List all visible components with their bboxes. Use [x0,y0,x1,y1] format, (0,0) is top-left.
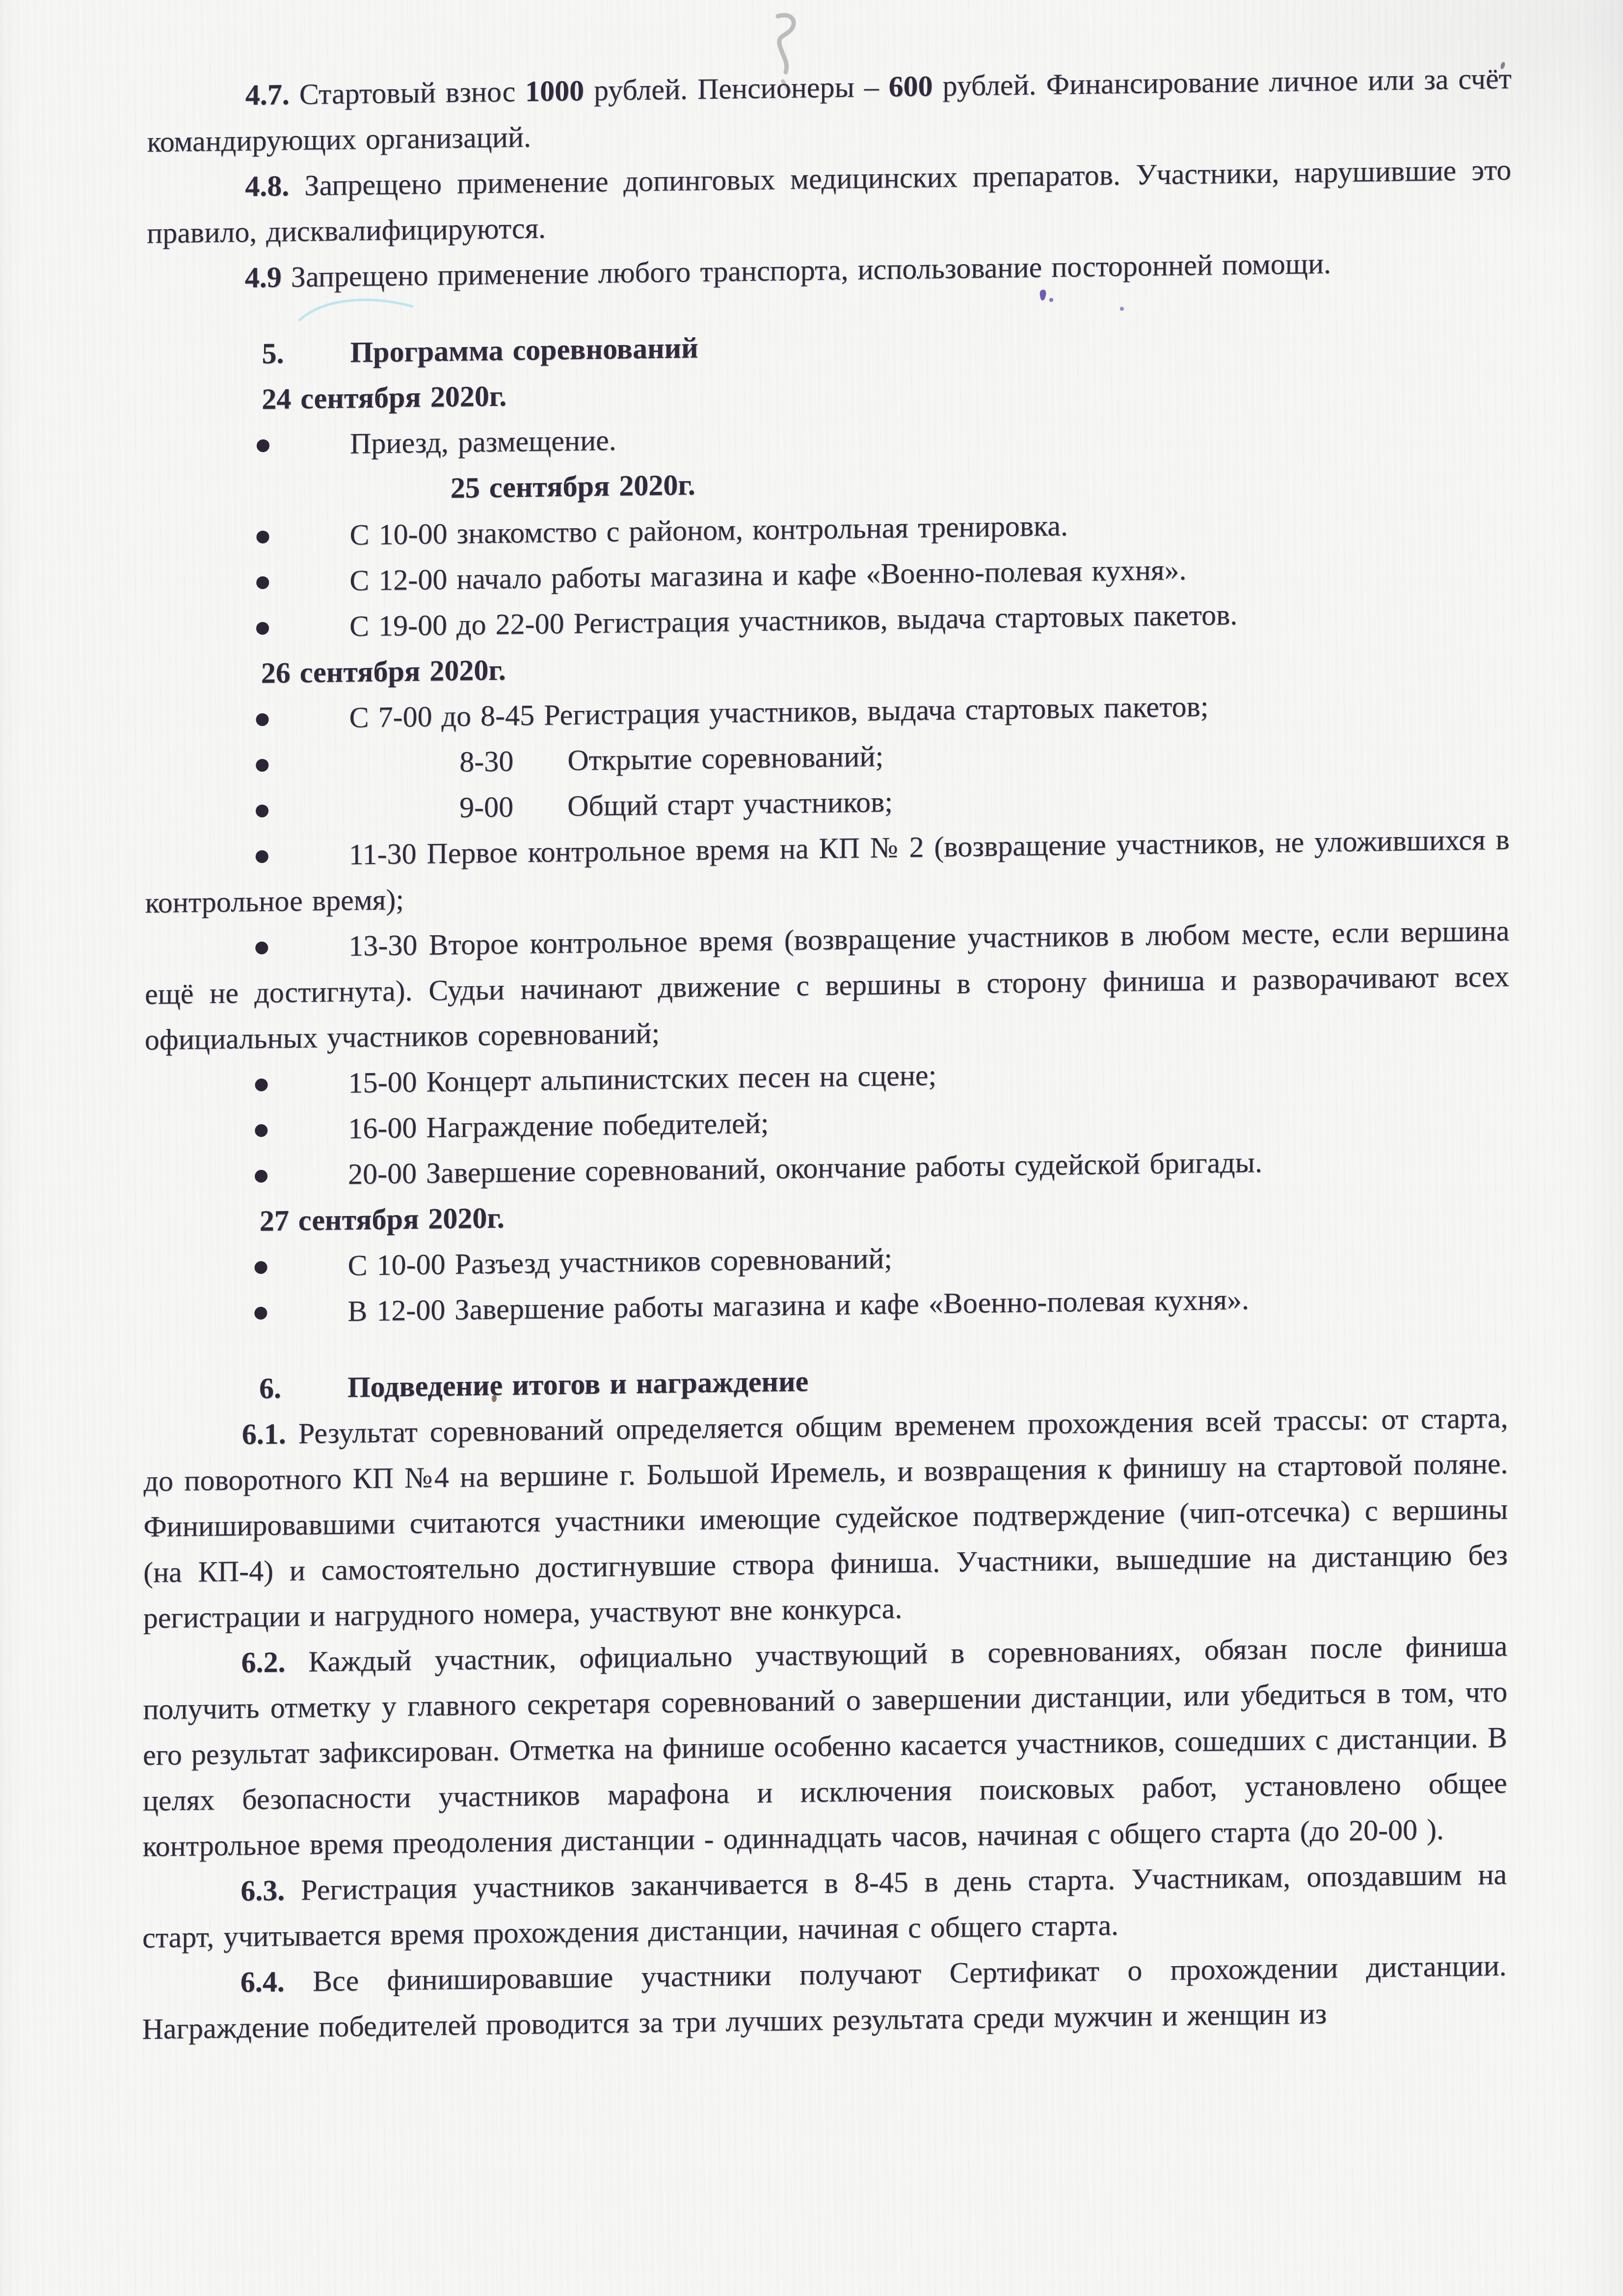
paragraph-6-1: 6.1. Результат соревнований определяется… [143,1395,1508,1641]
section-number: 6. [259,1365,347,1411]
clause-text: Регистрация участников заканчивается в 8… [142,1858,1507,1954]
clause-number: 4.9 [245,261,282,294]
list-item-text: С 10-00 Разъезд участников соревнований; [348,1242,893,1282]
list-item-text: С 7-00 до 8-45 Регистрация участников, в… [349,690,1208,734]
section-title: Подведение итогов и награждение [347,1365,808,1403]
fee-amount-pensioners: 600 [889,70,933,103]
list-item-control-time-2: 13-30 Второе контрольное время (возвраще… [145,908,1510,1063]
section-number: 5. [262,330,350,377]
clause-text: Каждый участник, официально участвующий … [142,1630,1507,1863]
list-item-text: 20-00 Завершение соревнований, окончание… [348,1146,1262,1190]
bullet-icon [255,1261,267,1274]
list-item-text: 13-30 Второе контрольное время (возвраще… [145,915,1510,1056]
schedule-label: Открытие соревнований; [567,740,883,776]
paragraph-6-2: 6.2. Каждый участник, официально участву… [142,1623,1507,1869]
bullet-icon [256,531,269,543]
document-body: 4.7. Стартовый взнос 1000 рублей. Пенсио… [142,56,1512,2053]
clause-text: Результат соревнований определяется общи… [143,1402,1508,1634]
clause-number: 6.4. [240,1965,285,1998]
paragraph-6-3: 6.3. Регистрация участников заканчиваетс… [142,1852,1507,1961]
list-item-text: С 10-00 знакомство с районом, контрольна… [349,509,1068,551]
clause-text: Запрещено применение допинговых медицинс… [147,154,1511,249]
bullet-icon [255,1124,267,1137]
clause-text: Все финишировавшие участники получают Се… [142,1949,1506,2045]
paragraph-4-7: 4.7. Стартовый взнос 1000 рублей. Пенсио… [147,56,1512,165]
schedule-time: 8-30 [349,738,567,786]
section-title: Программа соревнований [350,331,698,368]
list-item-text: 15-00 Концерт альпинистских песен на сце… [348,1059,937,1099]
list-item-text: Приезд, размещение. [350,424,616,459]
list-item-text: С 12-00 начало работы магазина и кафе «В… [349,553,1186,596]
list-item-text: 16-00 Награждение победителей; [348,1107,769,1144]
schedule-time: 9-00 [349,783,567,832]
clause-number: 6.2. [241,1646,285,1678]
clause-text: рублей. Пенсионеры – [584,70,889,107]
bullet-icon [256,805,268,817]
list-item-text: 11-30 Первое контрольное время на КП № 2… [145,823,1509,919]
paragraph-6-4: 6.4. Все финишировавшие участники получа… [142,1943,1506,2052]
bullet-icon [256,622,269,635]
list-item-text: В 12-00 Завершение работы магазина и каф… [347,1283,1249,1327]
clause-number: 4.8. [245,169,289,202]
bullet-icon [256,850,268,863]
clause-text: Стартовый взнос [290,75,525,110]
schedule-label: Общий старт участников; [567,785,893,822]
bullet-icon [254,1307,267,1320]
clause-number: 6.1. [242,1417,286,1450]
bullet-icon [255,1170,267,1183]
clause-text: Запрещено применение любого транспорта, … [282,247,1331,293]
list-item-text: С 19-00 до 22-00 Регистрация участников,… [349,598,1237,643]
fee-amount: 1000 [525,74,584,108]
list-item-control-time-1: 11-30 Первое контрольное время на КП № 2… [145,817,1509,926]
bullet-icon [256,759,268,772]
bullet-icon [257,439,269,452]
bullet-icon [256,576,269,589]
clause-number: 6.3. [240,1874,285,1907]
clause-number: 4.7. [245,78,290,111]
paragraph-4-8: 4.8. Запрещено применение допинговых мед… [147,147,1511,256]
bullet-icon [255,942,268,954]
bullet-icon [255,1079,268,1091]
bullet-icon [256,713,269,726]
